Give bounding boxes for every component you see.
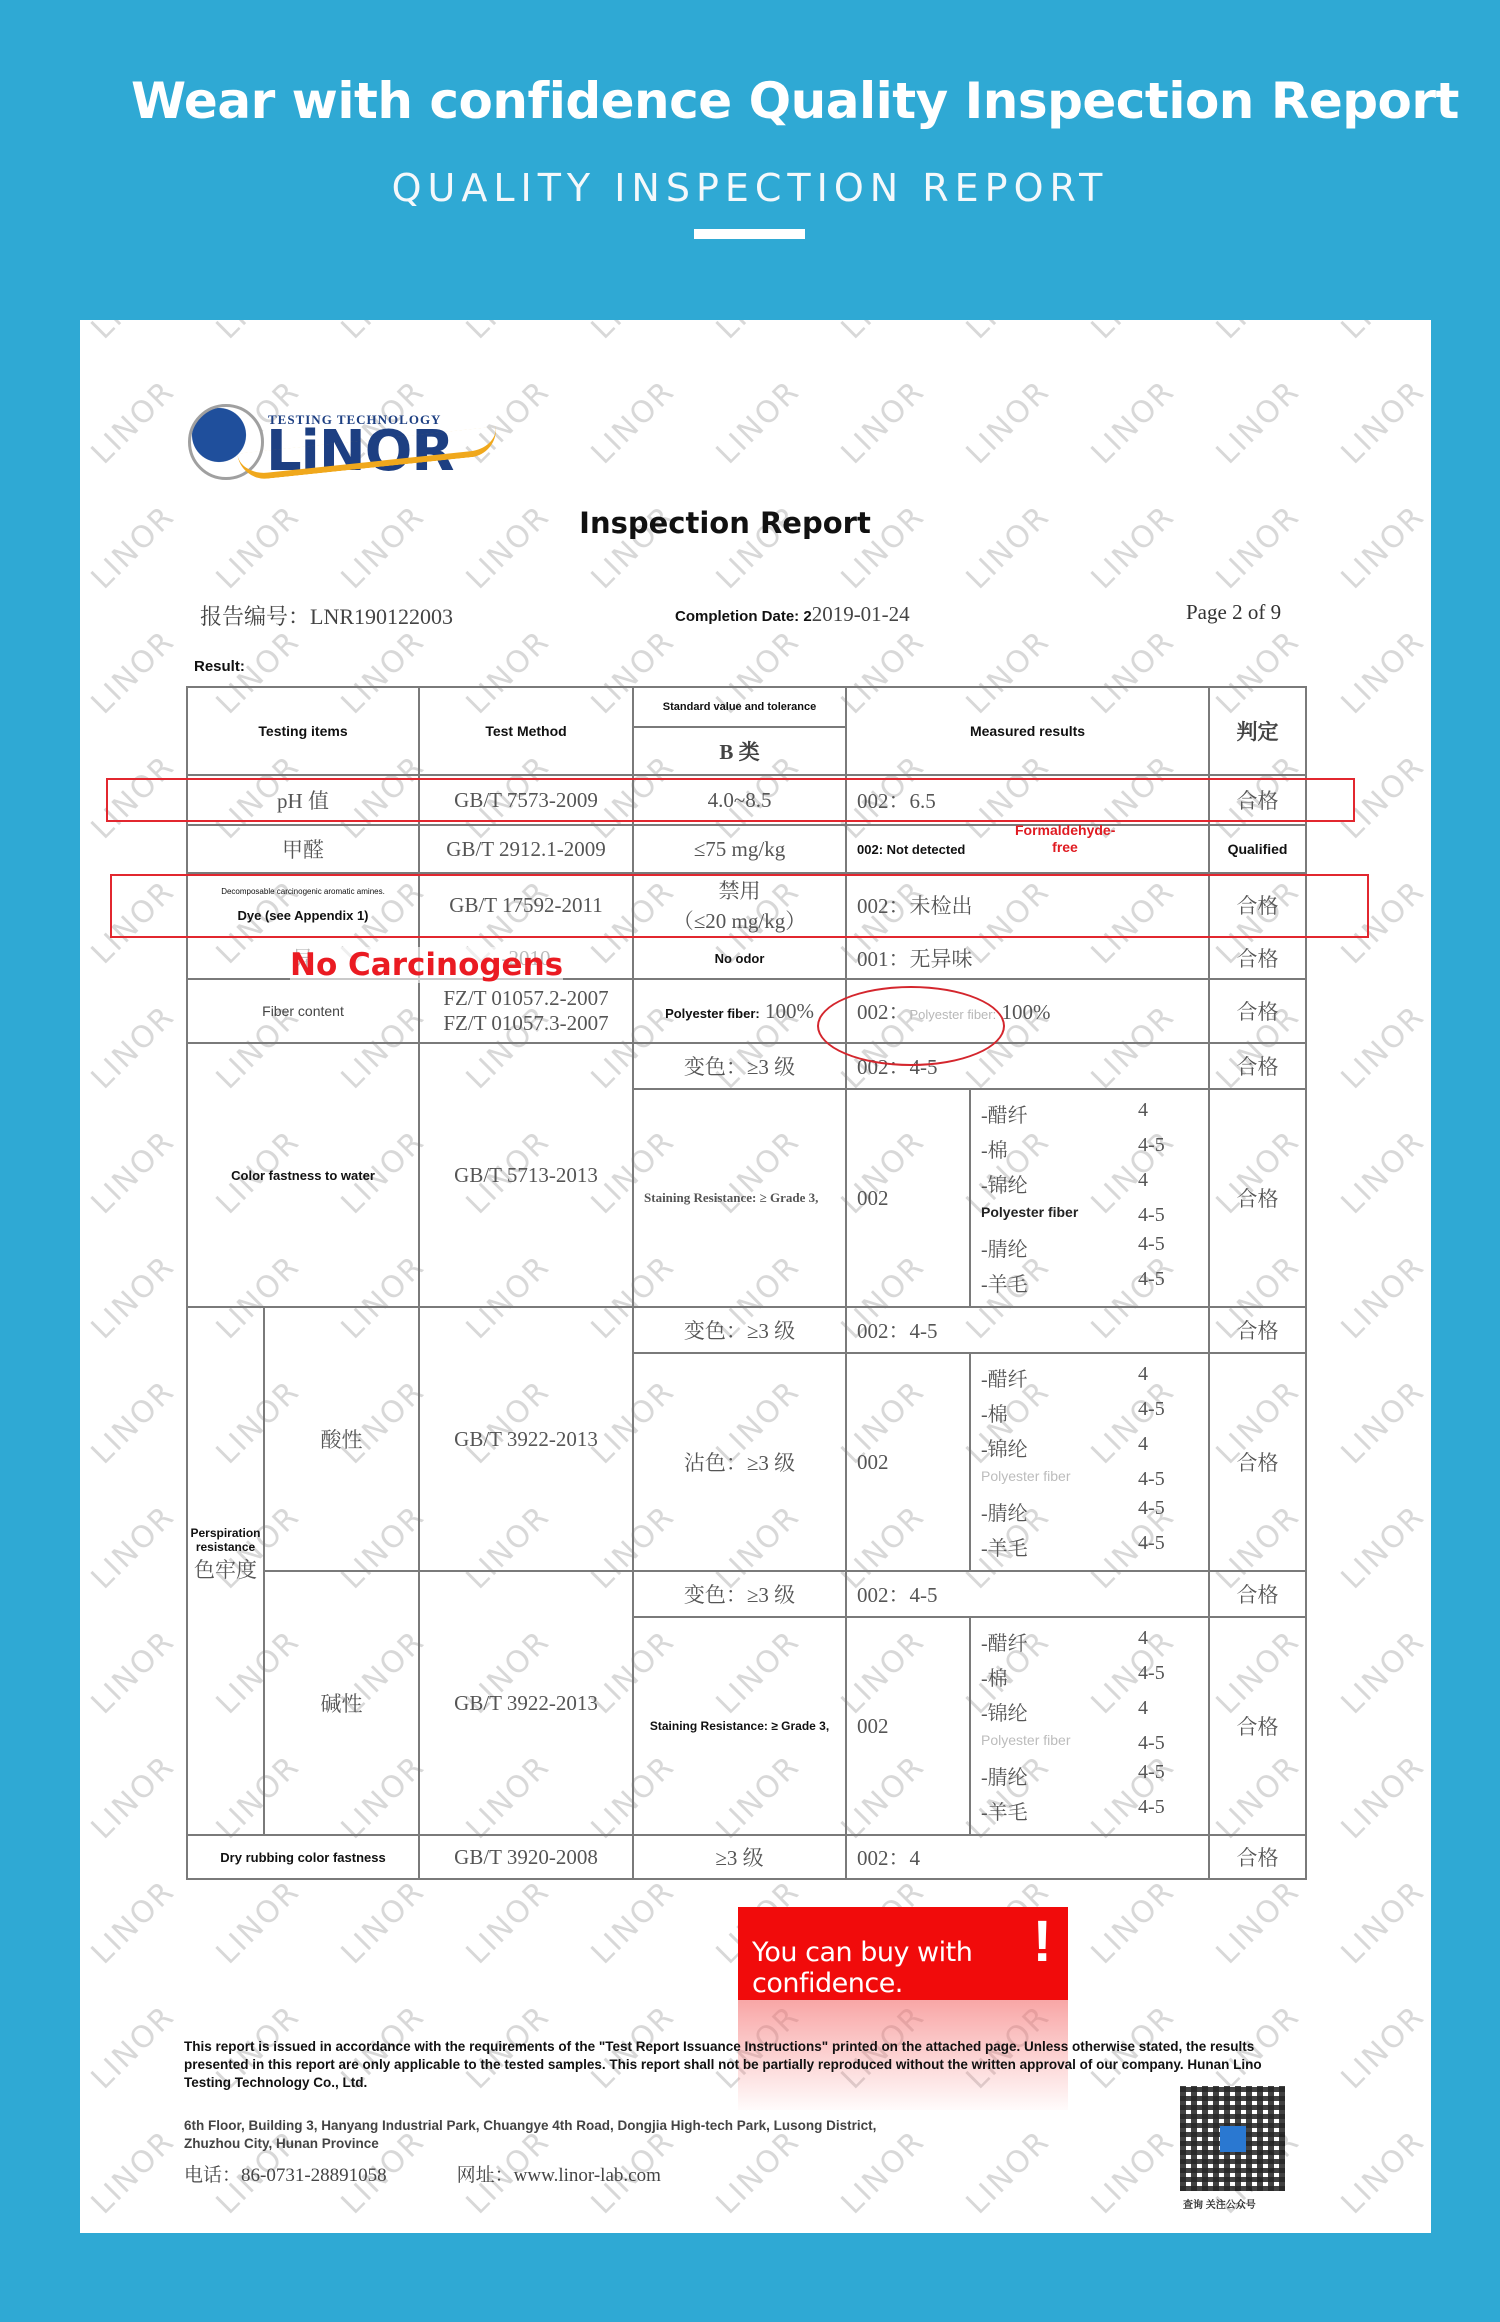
header-measured: Measured results (846, 687, 1209, 775)
table-row: Fiber content FZ/T 01057.2-2007FZ/T 0105… (187, 979, 1306, 1043)
result-value: 100% (1001, 1000, 1050, 1024)
header-standard-class: B 类 (633, 727, 846, 775)
formaldehyde-free-note: Formaldehyde-free (1015, 822, 1115, 856)
perspiration-label-cn: 色牢度 (188, 1554, 263, 1584)
table-row: Color fastness to water GB/T 5713-2013 变… (187, 1043, 1306, 1089)
cell-fiber-list: -醋纤4-棉4-5-锦纶4Polyester fiber4-5-腈纶4-5-羊毛… (970, 1617, 1209, 1835)
report-title: Inspection Report (80, 506, 1370, 540)
cell-fiber-list: -醋纤4-棉4-5-锦纶4Polyester fiber4-5-腈纶4-5-羊毛… (970, 1353, 1209, 1571)
cell-method: FZ/T 01057.2-2007FZ/T 01057.3-2007 (419, 979, 633, 1043)
fiber-name: -腈纶 (981, 1233, 1138, 1262)
linor-logo: TESTING TECHNOLOGY LiNOR (188, 402, 548, 492)
fiber-name: -腈纶 (981, 1761, 1138, 1790)
cell-item: 甲醛 (187, 825, 419, 873)
phone-number: 电话：86-0731-28891058 (184, 2165, 387, 2186)
cell-subitem-alkali: 碱性 (264, 1571, 419, 1835)
table-row: 甲醛 GB/T 2912.1-2009 ≤75 mg/kg 002: Not d… (187, 825, 1306, 873)
fiber-name: -锦纶 (981, 1169, 1138, 1198)
fiber-name: -醋纤 (981, 1099, 1138, 1128)
exclamation-icon: ! (1033, 1913, 1052, 1971)
fiber-grade: 4-5 (1138, 1732, 1198, 1755)
fiber-name: -羊毛 (981, 1268, 1138, 1297)
cell-method: GB/T 3922-2013 (419, 1307, 633, 1571)
cell-sample: 002 (846, 1089, 970, 1307)
fiber-grade: 4 (1138, 1433, 1198, 1462)
cell-item: Dry rubbing color fastness (187, 1835, 419, 1879)
fiber-grade: 4-5 (1138, 1268, 1198, 1297)
ph-highlight-box (106, 778, 1355, 822)
hero-subtitle: QUALITY INSPECTION REPORT (0, 166, 1500, 210)
fiber-name: -羊毛 (981, 1532, 1138, 1561)
cell-standard: No odor (633, 937, 846, 979)
table-row: 碱性 GB/T 3922-2013 变色：≥3 级 002：4-5 合格 (187, 1571, 1306, 1617)
table-header-row: Testing items Test Method Standard value… (187, 687, 1306, 727)
result-label: Result: (194, 658, 245, 675)
cell-verdict: 合格 (1209, 1089, 1306, 1307)
cell-verdict: 合格 (1209, 1353, 1306, 1571)
fiber-name: Polyester fiber (981, 1732, 1138, 1755)
fiber-grade: 4-5 (1138, 1497, 1198, 1526)
fiber-name: Polyester fiber (981, 1468, 1138, 1491)
inspection-report-document: LINORLINORLINORLINORLINORLINORLINORLINOR… (80, 320, 1431, 2233)
fiber-name: -醋纤 (981, 1363, 1138, 1392)
cell-standard: ≤75 mg/kg (633, 825, 846, 873)
cell-sample: 002 (846, 1617, 970, 1835)
table-row: Dry rubbing color fastness GB/T 3920-200… (187, 1835, 1306, 1879)
fiber-grade: 4 (1138, 1363, 1198, 1392)
fiber-grade: 4-5 (1138, 1468, 1198, 1491)
fiber-grade: 4-5 (1138, 1134, 1198, 1163)
cell-method-line2: FZ/T 01057.3-2007 (420, 1011, 632, 1036)
hero-divider (694, 229, 805, 239)
fiber-name: -棉 (981, 1398, 1138, 1427)
cell-method: GB/T 3922-2013 (419, 1571, 633, 1835)
cell-result: 002：4 (846, 1835, 1209, 1879)
cell-standard: 变色：≥3 级 (633, 1571, 846, 1617)
contact-line: 电话：86-0731-28891058网址：www.linor-lab.com (184, 2160, 661, 2187)
cell-item: Perspiration resistance 色牢度 (187, 1307, 264, 1835)
buy-with-confidence-banner: You can buy with confidence. ! (738, 1907, 1068, 2000)
cell-standard: 变色：≥3 级 (633, 1043, 846, 1089)
fiber-grade: 4-5 (1138, 1204, 1198, 1227)
no-carcinogens-label: No Carcinogens (290, 947, 563, 983)
cell-standard: ≥3 级 (633, 1835, 846, 1879)
qr-logo-icon (1220, 2126, 1246, 2152)
fiber-highlight-oval (817, 986, 1005, 1066)
fiber-name: Polyester fiber (981, 1204, 1138, 1227)
cell-method: GB/T 5713-2013 (419, 1043, 633, 1307)
disclaimer-text: This report is issued in accordance with… (184, 2038, 1304, 2092)
fiber-name: -棉 (981, 1134, 1138, 1163)
fiber-grade: 4-5 (1138, 1233, 1198, 1262)
cell-standard: Polyester fiber: 100% (633, 979, 846, 1043)
table-row: Perspiration resistance 色牢度 酸性 GB/T 3922… (187, 1307, 1306, 1353)
header-verdict: 判定 (1209, 687, 1306, 775)
cell-verdict: 合格 (1209, 1307, 1306, 1353)
fiber-grade: 4-5 (1138, 1532, 1198, 1561)
standard-value: 100% (765, 999, 814, 1023)
cell-result: 002：4-5 (846, 1571, 1209, 1617)
header-standard: Standard value and tolerance (633, 687, 846, 727)
cell-verdict: 合格 (1209, 937, 1306, 979)
fiber-name: -棉 (981, 1662, 1138, 1691)
cell-fiber-list: -醋纤4-棉4-5-锦纶4Polyester fiber4-5-腈纶4-5-羊毛… (970, 1089, 1209, 1307)
header-testing-items: Testing items (187, 687, 419, 775)
fiber-grade: 4 (1138, 1169, 1198, 1198)
website-link[interactable]: 网址：www.linor-lab.com (457, 2165, 661, 2186)
cell-standard: Staining Resistance: ≥ Grade 3, (633, 1617, 846, 1835)
fiber-grade: 4 (1138, 1697, 1198, 1726)
cta-text: You can buy with confidence. (752, 1937, 1068, 1999)
completion-date: Completion Date: 22019-01-24 (675, 602, 910, 627)
cell-standard: 沾色：≥3 级 (633, 1353, 846, 1571)
cell-method: GB/T 3920-2008 (419, 1835, 633, 1879)
completion-value: 2019-01-24 (812, 602, 910, 626)
cell-verdict: 合格 (1209, 1043, 1306, 1089)
cell-verdict: 合格 (1209, 1617, 1306, 1835)
header-test-method: Test Method (419, 687, 633, 775)
cell-item: Color fastness to water (187, 1043, 419, 1307)
report-number: 报告编号：LNR190122003 (200, 600, 453, 631)
cell-method: GB/T 2912.1-2009 (419, 825, 633, 873)
page-indicator: Page 2 of 9 (1186, 600, 1281, 625)
perspiration-label: Perspiration resistance (188, 1526, 263, 1554)
cell-subitem-acid: 酸性 (264, 1307, 419, 1571)
lab-address: 6th Floor, Building 3, Hanyang Industria… (184, 2117, 884, 2153)
fiber-grade: 4-5 (1138, 1662, 1198, 1691)
cell-result: 002：4-5 (846, 1307, 1209, 1353)
results-table: Testing items Test Method Standard value… (186, 686, 1307, 1880)
fiber-grade: 4 (1138, 1627, 1198, 1656)
fiber-grade: 4 (1138, 1099, 1198, 1128)
fiber-grade: 4-5 (1138, 1398, 1198, 1427)
cell-standard: Staining Resistance: ≥ Grade 3, (633, 1089, 846, 1307)
hero-title: Wear with confidence Quality Inspection … (0, 72, 1500, 130)
fiber-name: -锦纶 (981, 1433, 1138, 1462)
completion-label: Completion Date: 2 (675, 608, 812, 625)
cell-verdict: 合格 (1209, 1835, 1306, 1879)
cell-result: 001：无异味 (846, 937, 1209, 979)
cell-method-line1: FZ/T 01057.2-2007 (420, 986, 632, 1011)
fiber-name: -腈纶 (981, 1497, 1138, 1526)
fiber-grade: 4-5 (1138, 1761, 1198, 1790)
cell-standard: 变色：≥3 级 (633, 1307, 846, 1353)
qr-caption: 查询 关注公众号 (1183, 2196, 1256, 2211)
standard-label: Polyester fiber: (665, 1006, 760, 1021)
fiber-name: -醋纤 (981, 1627, 1138, 1656)
cell-verdict: 合格 (1209, 979, 1306, 1043)
fiber-name: -锦纶 (981, 1697, 1138, 1726)
cell-verdict: Qualified (1209, 825, 1306, 873)
amines-highlight-box (110, 874, 1369, 938)
cell-item: Fiber content (187, 979, 419, 1043)
cell-verdict: 合格 (1209, 1571, 1306, 1617)
fiber-grade: 4-5 (1138, 1796, 1198, 1825)
fiber-name: -羊毛 (981, 1796, 1138, 1825)
cell-sample: 002 (846, 1353, 970, 1571)
